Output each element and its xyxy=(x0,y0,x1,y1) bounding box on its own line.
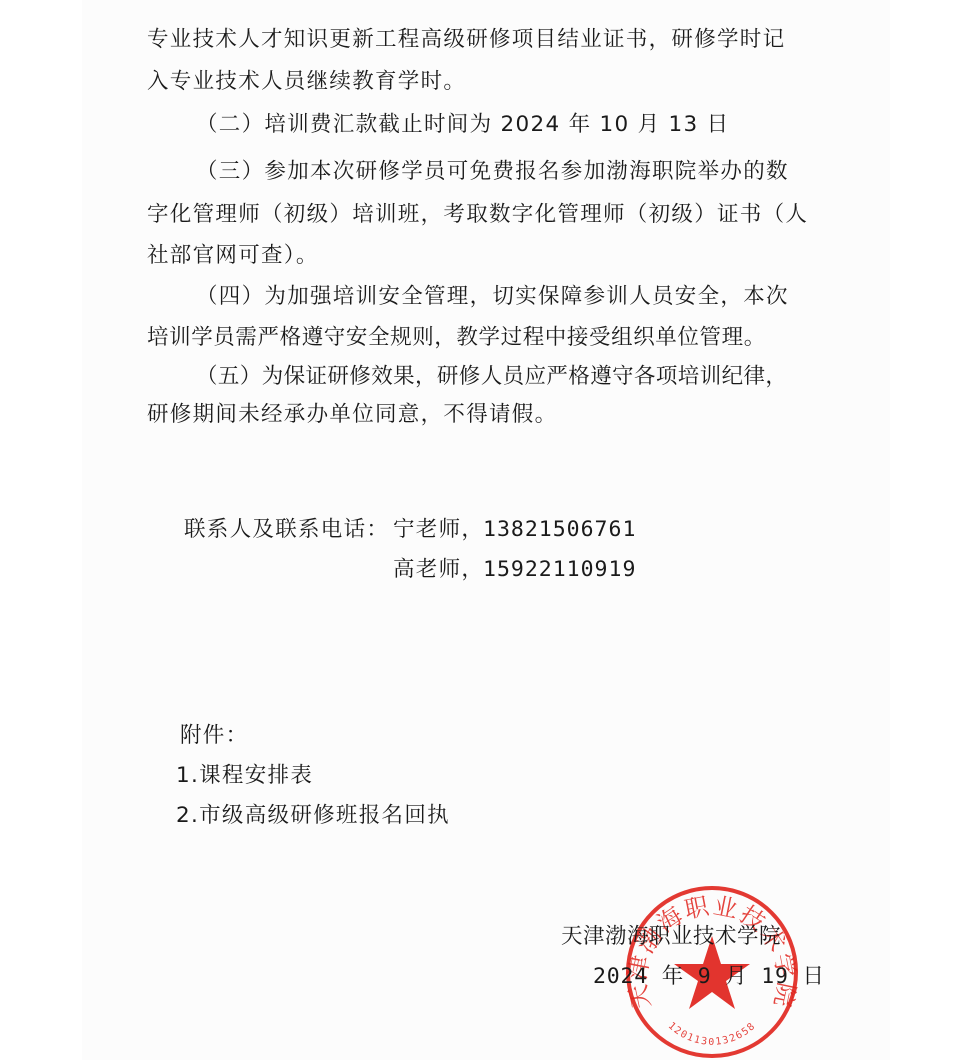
signature-date: 2024 年 9 月 19 日 xyxy=(593,964,825,990)
signature-organization: 天津渤海职业技术学院 xyxy=(561,924,781,950)
paragraph-line: 培训学员需严格遵守安全规则，教学过程中接受组织单位管理。 xyxy=(147,325,766,351)
contact-phone: 13821506761 xyxy=(483,517,636,543)
paragraph-line: 入专业技术人员继续教育学时。 xyxy=(147,69,466,95)
paragraph-line: 研修期间未经承办单位同意，不得请假。 xyxy=(147,402,557,428)
paragraph-line: 社部官网可查）。 xyxy=(147,243,319,269)
paragraph-item-3: （三）参加本次研修学员可免费报名参加渤海职院举办的数 xyxy=(196,159,789,185)
paragraph-item-2: （二）培训费汇款截止时间为 2024 年 10 月 13 日 xyxy=(196,112,729,138)
contact-name: 宁老师， xyxy=(393,517,484,543)
paragraph-item-4: （四）为加强培训安全管理，切实保障参训人员安全，本次 xyxy=(196,284,789,310)
paragraph-line: 字化管理师（初级）培训班，考取数字化管理师（初级）证书（人 xyxy=(147,202,808,228)
paragraph-line: 专业技术人才知识更新工程高级研修项目结业证书，研修学时记 xyxy=(147,27,785,53)
contact-name: 高老师， xyxy=(393,557,484,583)
attachments-label: 附件： xyxy=(180,723,248,749)
attachment-item: 1.课程安排表 xyxy=(176,763,313,789)
attachment-item: 2.市级高级研修班报名回执 xyxy=(176,803,450,829)
contacts-label: 联系人及联系电话： xyxy=(184,517,389,543)
contact-phone: 15922110919 xyxy=(483,557,636,583)
paragraph-item-5: （五）为保证研修效果，研修人员应严格遵守各项培训纪律， xyxy=(196,364,787,390)
